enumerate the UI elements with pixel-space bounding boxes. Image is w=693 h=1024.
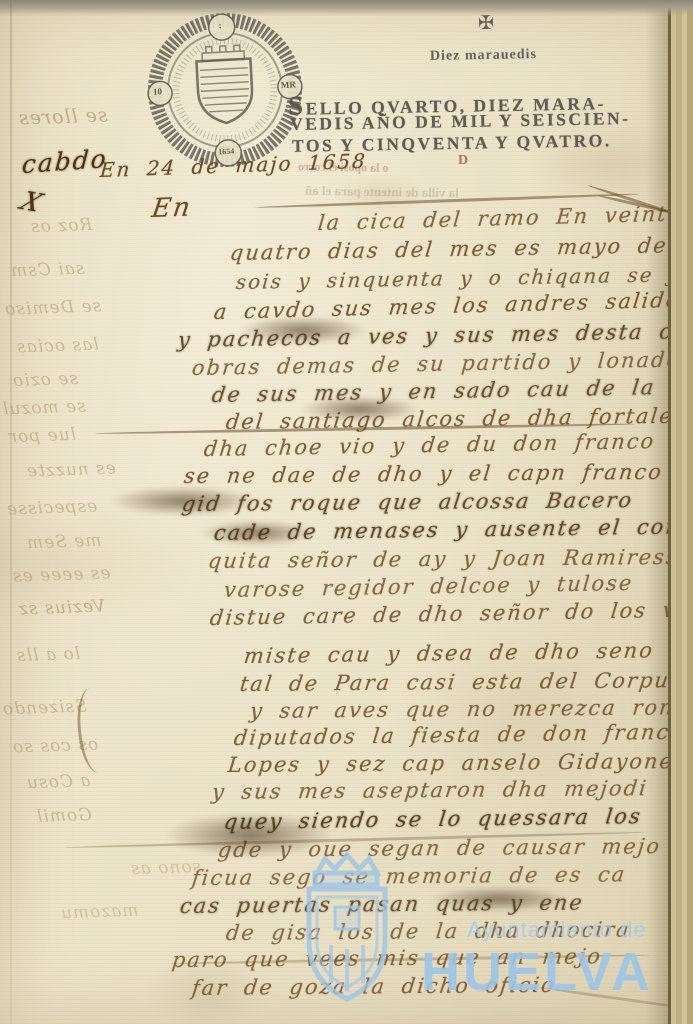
manuscript-line: ficua sego se memoria de es ca [191, 862, 628, 890]
ghost-fragment: es eeee es [12, 563, 111, 586]
ghost-fragment: Roz os [30, 215, 93, 237]
ghost-fragment: es nuzzte [26, 458, 117, 481]
ghost-fragment: lo a lls [16, 644, 81, 666]
ghost-fragment: se ozio [12, 369, 79, 391]
top-edge-shadow [0, 0, 693, 16]
ink-smudge [430, 886, 570, 912]
page-edge-shadow [646, 0, 668, 1024]
ghost-fragment: las ocias [16, 335, 99, 358]
manuscript-line: tal de Para casi esta del Corpus [238, 668, 684, 696]
manuscript-line: far de goza la dicho oficio [191, 973, 558, 1000]
ink-smudge [200, 520, 315, 546]
seal-right-mark: MR [281, 79, 297, 90]
ink-smudge [238, 316, 368, 344]
manuscript-scan: se llores Roz os sai Csm se Demiso las o… [0, 0, 693, 1024]
ghost-fragment: se llores [18, 104, 108, 129]
manuscript-line: se ne dae de dho y el capn franco Lopes [183, 459, 693, 488]
ghost-fragment: a Cosu [26, 771, 91, 793]
ghost-fragment: lue por [8, 425, 77, 447]
red-ink-mark: D [458, 153, 468, 169]
ghost-fragment: mazomu [60, 901, 139, 924]
ink-smudge [108, 486, 258, 516]
manuscript-line: y sus mes aseptaron dha mejodi [211, 776, 650, 804]
ghost-fragment: sono as [130, 857, 202, 879]
manuscript-line: En [150, 193, 194, 225]
ghost-fragment: especisse [6, 496, 98, 519]
manuscript-line: Lopes y sez cap anselo Gidayones [227, 749, 688, 777]
ink-smudge [165, 812, 335, 858]
tax-stamp-label: Diez marauedis [430, 47, 537, 65]
ghost-fragment: se Demiso [4, 296, 102, 319]
margin-note: cabdo [21, 144, 109, 179]
ghost-fragment: se mozul [2, 397, 87, 420]
manuscript-line: quita señor de ay y Joan Ramiresse [207, 545, 693, 573]
ghost-fragment: Ssizendo [2, 697, 88, 720]
ghost-fragment: Vezius sz [18, 596, 106, 619]
left-crease [10, 0, 12, 1024]
ghost-fragment: sai Csm [10, 259, 85, 282]
ink-smudge [300, 396, 420, 422]
ghost-fragment: me Sem [26, 531, 102, 554]
manuscript-line: de gisa los de la dha dhocira [225, 917, 632, 945]
ghost-fragment: Gomil [36, 805, 92, 827]
book-fore-edge [668, 0, 693, 1024]
seal-top-mark: : [218, 20, 222, 30]
ghost-print-line: la villa de intente para el añ [305, 183, 459, 202]
seal-left-mark: 10 [153, 86, 163, 96]
manuscript-line: y sar aves que no merezca ron por [249, 695, 693, 723]
